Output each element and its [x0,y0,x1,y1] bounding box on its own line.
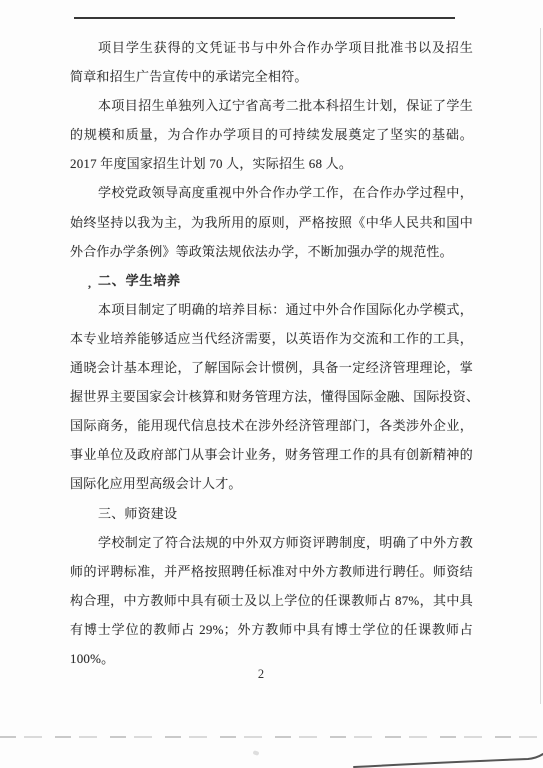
scan-edge-line [540,28,541,704]
text-line: 学校党政领导高度重视中外合作办学工作，在合作办学过程中， [70,178,473,207]
text-line: 简章和招生广告宣传中的承诺完全相符。 [70,62,473,91]
text-line: 始终坚持以我为主，为我所用的原则，严格按照《中华人民共和国中 [70,208,473,237]
section-heading-faculty-development: 三、师资建设 [70,499,473,528]
text-line: 2017 年度国家招生计划 70 人，实际招生 68 人。 [70,149,473,178]
text-line: 的规模和质量，为合作办学项目的可持续发展奠定了坚实的基础。 [70,120,473,149]
text-line: 本项目招生单独列入辽宁省高考二批本科招生计划，保证了学生 [70,91,473,120]
section-heading-student-training: ,二、学生培养 [70,266,473,295]
top-rule-line [74,17,455,19]
stray-ink-mark: , [88,269,92,298]
text-line: 国际商务，能用现代信息技术在涉外经济管理部门，各类涉外企业， [70,411,473,440]
text-line: 外合作办学条例》等政策法规依法办学，不断加强办学的规范性。 [70,237,473,266]
section-heading-label: 二、学生培养 [98,273,181,288]
text-line: 事业单位及政府部门从事会计业务，财务管理工作的具有创新精神的 [70,440,473,469]
text-line: 构合理，中方教师中具有硕士及以上学位的任课教师占 87%，其中具 [70,586,473,615]
text-line: 国际化应用型高级会计人才。 [70,469,473,498]
page-number: 2 [0,667,522,682]
scan-speck [253,750,260,756]
text-line: 学校制定了符合法规的中外双方师资评聘制度，明确了中外方教 [70,528,473,557]
text-line: 本项目制定了明确的培养目标：通过中外合作国际化办学模式， [70,295,473,324]
text-line: 握世界主要国家会计核算和财务管理方法，懂得国际金融、国际投资、 [70,382,473,411]
text-line: 通晓会计基本理论，了解国际会计惯例，具备一定经济管理理论，掌 [70,353,473,382]
scan-bottom-line [0,736,543,738]
text-line: 本专业培养能够适应当代经济需要，以英语作为交流和工作的工具， [70,324,473,353]
text-line: 师的评聘标准，并严格按照聘任标准对中外方教师进行聘任。师资结 [70,557,473,586]
document-text: 项目学生获得的文凭证书与中外合作办学项目批准书以及招生 简章和招生广告宣传中的承… [70,33,473,673]
text-line: 有博士学位的教师占 29%；外方教师中具有博士学位的任课教师占 [70,615,473,644]
text-line: 项目学生获得的文凭证书与中外合作办学项目批准书以及招生 [70,33,473,62]
scanned-document-page: 项目学生获得的文凭证书与中外合作办学项目批准书以及招生 简章和招生广告宣传中的承… [0,0,543,768]
